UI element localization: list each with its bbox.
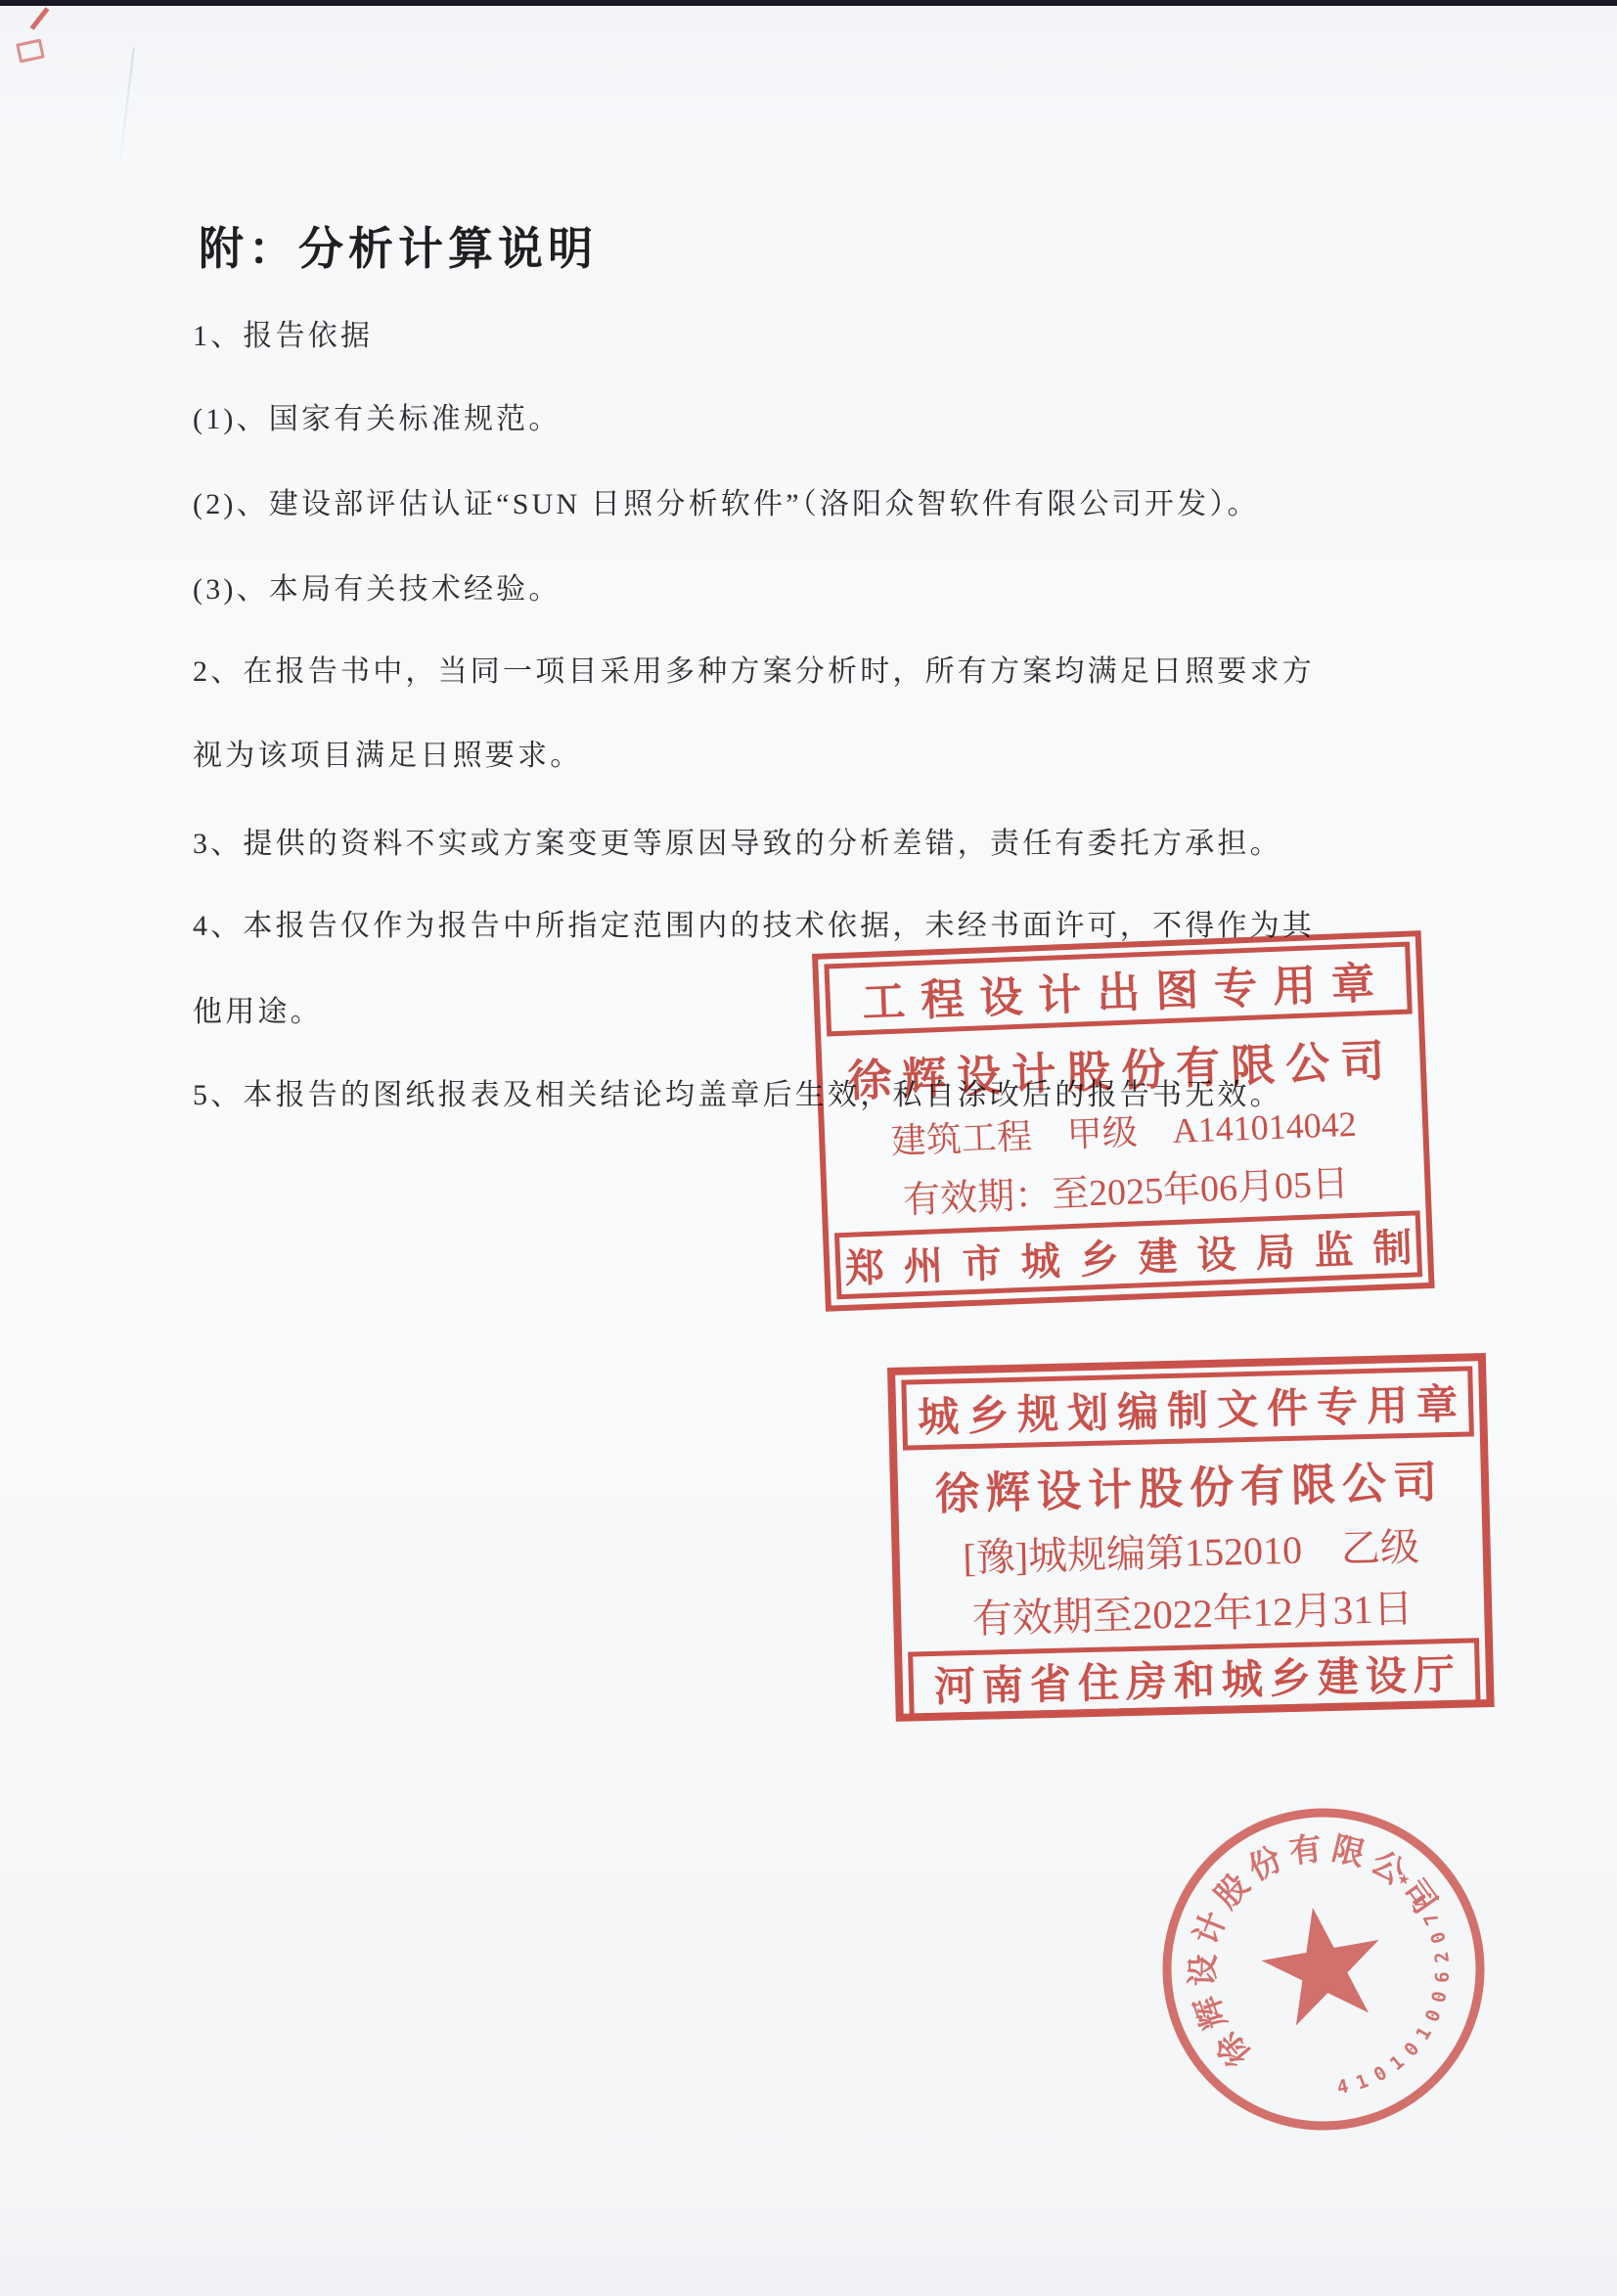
- paragraph-line: (1)、国家有关标准规范。: [193, 394, 561, 437]
- planning-stamp: 城乡规划编制文件专用章 徐辉设计股份有限公司 [豫]城规编第152010 乙级 …: [887, 1353, 1495, 1722]
- page-title: 附：分析计算说明: [199, 213, 598, 278]
- stamp-header: 工程设计出图专用章: [824, 942, 1412, 1037]
- stamp-issuer: 郑州市城乡建设局监制: [834, 1210, 1422, 1299]
- paragraph-line: 3、提供的资料不实或方案变更等原因导致的分析差错，责任有委托方承担。: [193, 819, 1282, 862]
- stamp-certificate-number: [豫]城规编第152010 乙级: [905, 1514, 1477, 1584]
- paragraph-line: 他用途。: [193, 987, 323, 1030]
- stamp-header: 城乡规划编制文件专用章: [901, 1366, 1474, 1450]
- paper-crease: [117, 47, 135, 173]
- stamp-validity-date: 有效期至2022年12月31日: [907, 1574, 1479, 1645]
- scan-edge-artifact: [0, 0, 1617, 6]
- red-mark-artifact: [16, 39, 45, 64]
- stamp-issuer: 河南省住房和城乡建设厅: [908, 1638, 1480, 1718]
- paragraph-line: (3)、本局有关技术经验。: [193, 564, 561, 608]
- paragraph-line: 4、本报告仅作为报告中所指定范围内的技术依据，未经书面许可，不得作为其: [193, 901, 1315, 944]
- paragraph-line: 视为该项目满足日照要求。: [193, 731, 582, 774]
- stamp-company-name: 徐辉设计股份有限公司: [828, 1023, 1415, 1109]
- company-round-seal: 徐辉设计股份有限公司 4101010062074 ★: [1152, 1798, 1495, 2140]
- paragraph-line: (2)、建设部评估认证“SUN 日照分析软件”（洛阳众智软件有限公司开发）。: [193, 479, 1260, 522]
- design-permit-stamp: 工程设计出图专用章 徐辉设计股份有限公司 建筑工程 甲级 A141014042 …: [812, 930, 1435, 1312]
- star-icon: [1262, 1908, 1379, 2026]
- paragraph-line: 1、报告依据: [193, 311, 373, 354]
- paragraph-line: 2、在报告书中，当同一项目采用多种方案分析时，所有方案均满足日照要求方: [193, 647, 1315, 690]
- stamp-company-name: 徐辉设计股份有限公司: [903, 1445, 1475, 1522]
- scanned-report-page: 附：分析计算说明 1、报告依据 (1)、国家有关标准规范。 (2)、建设部评估认…: [0, 0, 1617, 2296]
- red-mark-artifact: [30, 7, 50, 30]
